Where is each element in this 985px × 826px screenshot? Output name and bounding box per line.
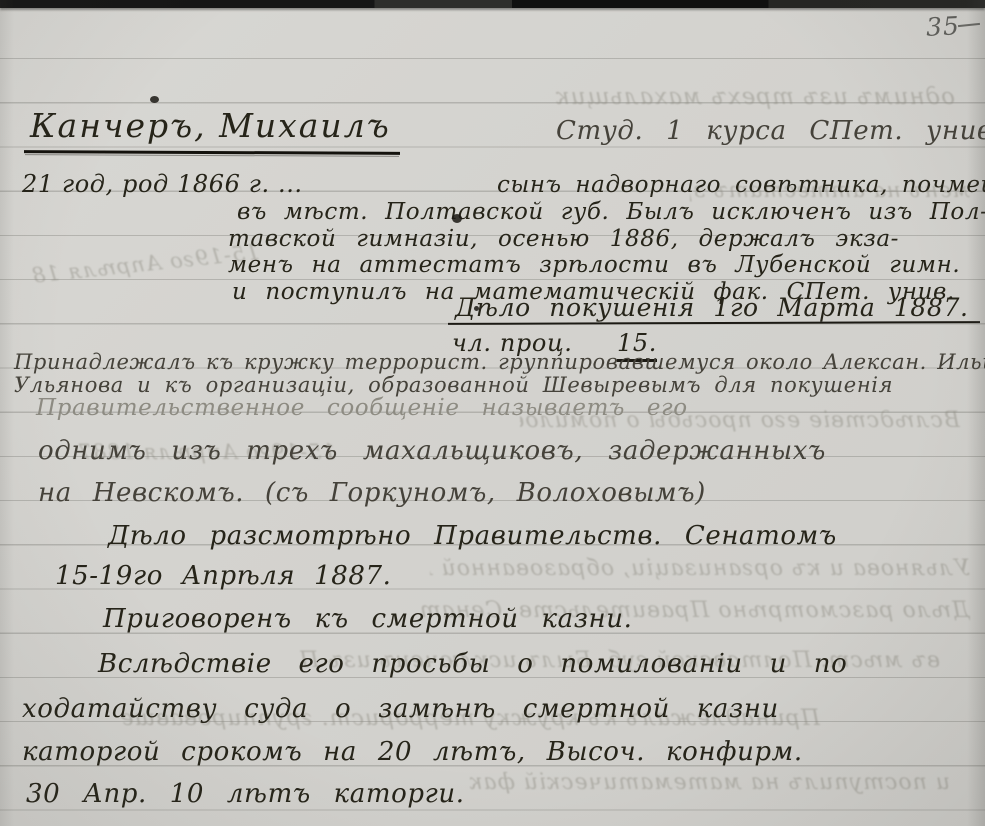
commutation-line: Вслѣдствіе его просьбы о помилованіи и п… xyxy=(98,649,847,679)
body-line: однимъ изъ трехъ махальщиковъ, задержанн… xyxy=(38,436,826,466)
bio-line: тавской гимназіи, осенью 1886, держалъ э… xyxy=(228,226,899,252)
page-number: 35 xyxy=(925,11,960,42)
verdict-line: 15-19го Апрѣля 1887. xyxy=(55,561,392,591)
body-line: Ульянова и къ организаціи, образованной … xyxy=(14,373,893,397)
ink-blot xyxy=(452,214,462,223)
verdict-line: Дѣло разсмотрѣно Правительств. Сенатомъ xyxy=(108,521,837,551)
bio-line: сынъ надворнаго совѣтника, почмейстера xyxy=(497,172,985,198)
bio-line: менъ на аттестатъ зрѣлости въ Лубенской … xyxy=(228,252,960,278)
bio-age: 21 год, род 1866 г. ... xyxy=(22,170,303,198)
page-number-stroke xyxy=(958,23,980,27)
verdict-line: Приговоренъ къ смертной казни. xyxy=(103,604,632,634)
bio-line: въ мѣст. Полтавской губ. Былъ исключенъ … xyxy=(237,199,985,225)
commutation-line: 30 Апр. 10 лѣтъ каторги. xyxy=(26,779,465,809)
commutation-line: ходатайству суда о замѣнѣ смертной казни xyxy=(22,694,779,724)
bleed-through-text: Ульянова и къ организаціи, образованной … xyxy=(430,556,970,581)
scanned-document-page: однимъ изъ трехъ махальщиковъ, задержанн… xyxy=(0,0,985,826)
entry-name-underline xyxy=(24,150,400,155)
body-line: на Невскомъ. (съ Горкуномъ, Волоховымъ) xyxy=(38,478,706,508)
case-title: Дѣло покушенія 1го Марта 1887. xyxy=(455,293,969,322)
bleed-through-text: 15-19го Апрѣля 1887. xyxy=(29,240,260,288)
entry-status: Студ. 1 курса СПет. унив. xyxy=(556,116,985,146)
bleed-through-text: и поступилъ на математическій фак. СПет.… xyxy=(470,770,950,795)
bleed-through-text: однимъ изъ трехъ махальщиковъ, задержанн… xyxy=(555,84,955,110)
commutation-line: каторгой срокомъ на 20 лѣтъ, Высоч. конф… xyxy=(22,737,803,767)
entry-name-heading: Канчеръ, Михаилъ xyxy=(30,106,391,145)
body-line: Принадлежалъ къ кружку террорист. группи… xyxy=(14,350,985,374)
ink-blot xyxy=(150,96,159,103)
scan-top-edge xyxy=(0,0,985,8)
body-line: Правительственное сообщеніе называетъ ег… xyxy=(36,395,688,421)
ink-blot xyxy=(474,306,479,311)
